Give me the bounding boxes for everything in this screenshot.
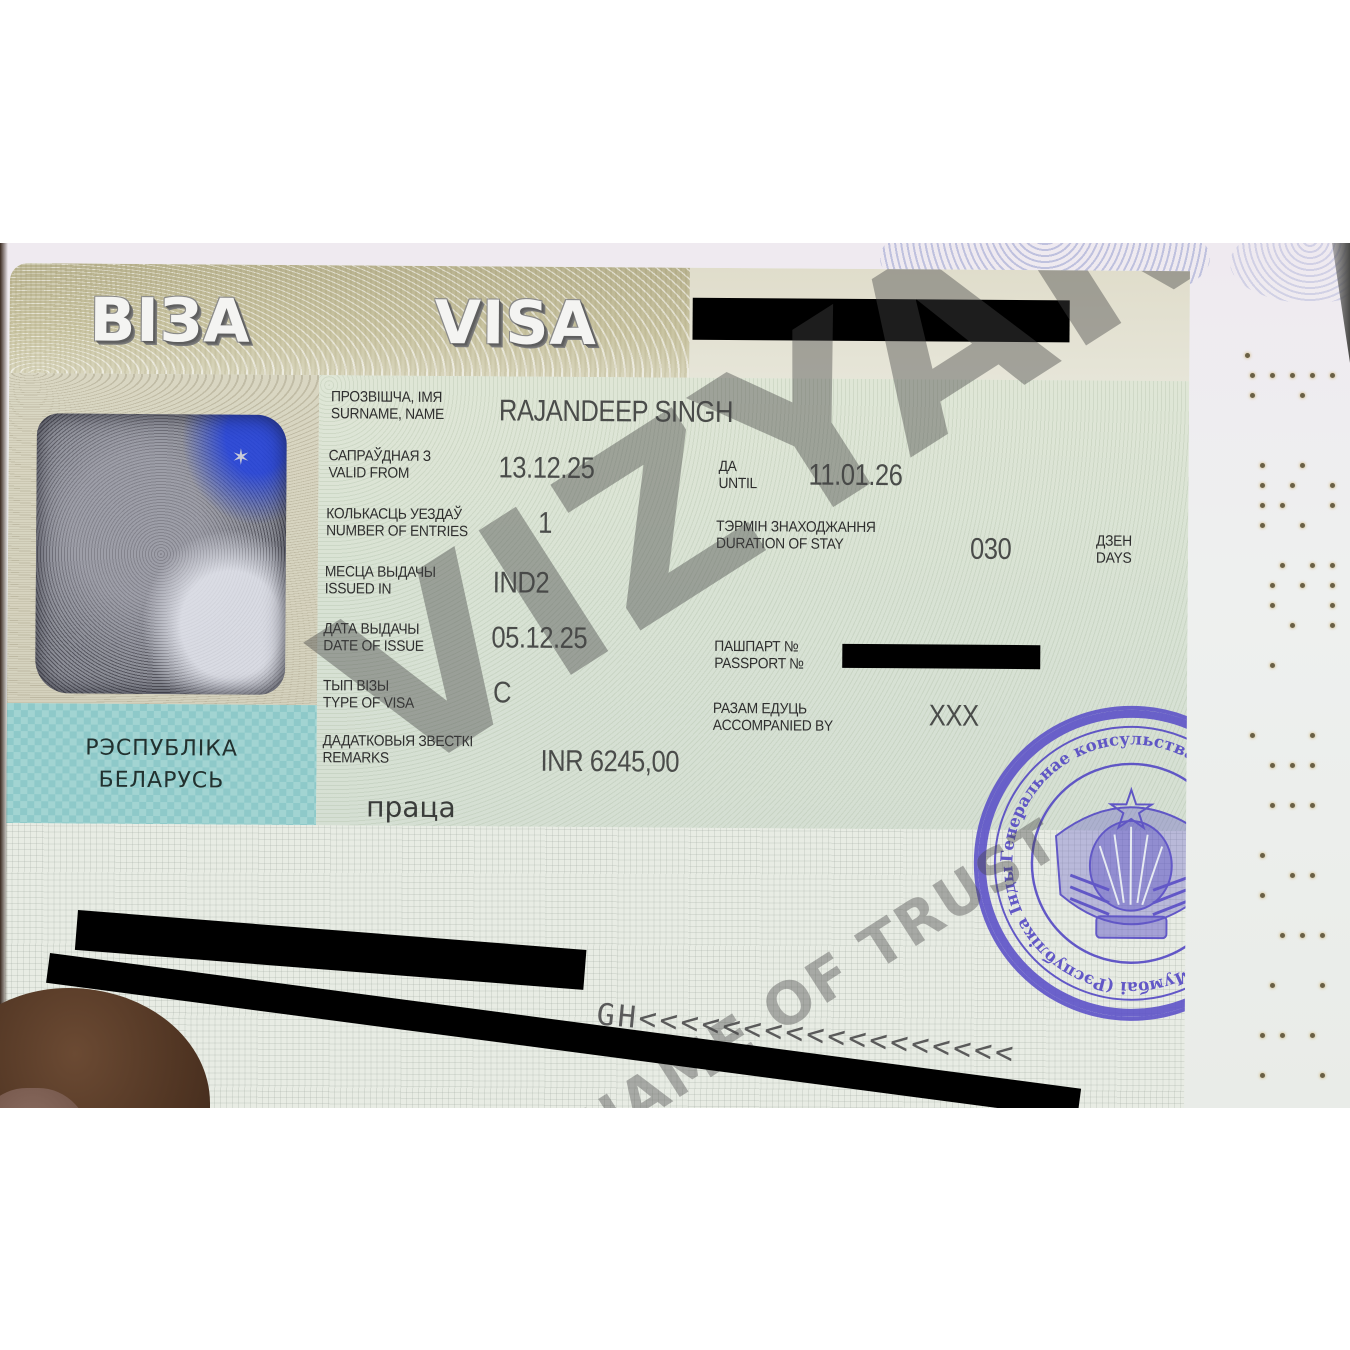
perforation-dot <box>1300 393 1305 398</box>
accompanied-label: РАЗАМ ЕДУЦЬ ACCOMPANIED BY <box>713 700 833 735</box>
perforation-dot <box>1260 523 1265 528</box>
perforation-dot <box>1330 563 1335 568</box>
perforation-dot <box>1310 1033 1315 1038</box>
perforation-dot <box>1260 1033 1265 1038</box>
accompanied-label-en: ACCOMPANIED BY <box>713 717 833 735</box>
name-label-by: ПРОЗВІШЧА, ІМЯ <box>331 388 444 406</box>
perforation-dot <box>1260 483 1265 488</box>
perforation-dot <box>1270 603 1275 608</box>
perforation-dot <box>1290 623 1295 628</box>
perforation-dot <box>1290 373 1295 378</box>
passport-label-en: PASSPORT № <box>714 655 804 673</box>
visa-photo: BIЗA VISA ✶ РЭСПУБЛІКА БЕЛАРУСЬ ПРОЗВІШЧ… <box>0 243 1350 1108</box>
perforation-dot <box>1270 983 1275 988</box>
duration-unit: ДЗЕН DAYS <box>1096 533 1132 567</box>
perforation-dot <box>1320 1073 1325 1078</box>
remarks-fee-value: INR 6245,00 <box>540 745 679 780</box>
perforation-dot <box>1280 503 1285 508</box>
perforation-dot <box>1250 733 1255 738</box>
perforation-dot <box>1330 583 1335 588</box>
accompanied-value: XXX <box>929 699 979 733</box>
accompanied-label-by: РАЗАМ ЕДУЦЬ <box>713 700 833 718</box>
perforation-dot <box>1330 503 1335 508</box>
perforation-dot <box>1260 853 1265 858</box>
valid-from-label: САПРАЎДНАЯ З VALID FROM <box>328 447 430 482</box>
perforation-dot <box>1310 373 1315 378</box>
perforation-dot <box>1270 663 1275 668</box>
star-icon: ✶ <box>232 445 251 471</box>
perforation-dot <box>1300 583 1305 588</box>
perforation-dot <box>1270 583 1275 588</box>
perforation-dot <box>1250 393 1255 398</box>
perforation-dot <box>1320 983 1325 988</box>
perforation-dot <box>1290 803 1295 808</box>
perforation-dot <box>1320 933 1325 938</box>
perforation-dot <box>1310 873 1315 878</box>
header-band: BIЗA VISA <box>9 263 690 378</box>
redacted-passport-number <box>842 644 1040 669</box>
perforation-dot <box>1300 933 1305 938</box>
perforation-dot <box>1300 523 1305 528</box>
perforation-dot <box>1260 1073 1265 1078</box>
perforation-dot <box>1300 463 1305 468</box>
page-shadow <box>0 243 8 1108</box>
perforation-dot <box>1260 463 1265 468</box>
guilloche-rosette-small <box>1230 243 1350 303</box>
perforation-dot <box>1280 933 1285 938</box>
perforation-dot <box>1310 563 1315 568</box>
perforation-dot <box>1310 763 1315 768</box>
name-label-en: SURNAME, NAME <box>331 405 444 423</box>
name-label: ПРОЗВІШЧА, ІМЯ SURNAME, NAME <box>331 388 444 423</box>
perforation-dot <box>1250 373 1255 378</box>
perforation-dot <box>1270 763 1275 768</box>
title-visa-belarusian: BIЗA <box>89 286 251 357</box>
valid-from-label-by: САПРАЎДНАЯ З <box>329 447 431 465</box>
duration-value: 030 <box>970 533 1012 567</box>
perforation-dot <box>1290 483 1295 488</box>
perforation-dot <box>1260 503 1265 508</box>
perforation-dot <box>1330 603 1335 608</box>
photo-panel: ✶ <box>7 373 319 705</box>
perforation-dot <box>1310 803 1315 808</box>
thumbnail-nail <box>0 1088 90 1108</box>
perforation-dot <box>1290 873 1295 878</box>
valid-from-label-en: VALID FROM <box>328 464 430 482</box>
perforation-dot <box>1330 623 1335 628</box>
title-visa-english: VISA <box>434 288 597 359</box>
country-box: РЭСПУБЛІКА БЕЛАРУСЬ <box>6 703 317 825</box>
hologram-photo: ✶ <box>35 413 287 695</box>
country-name-line1: РЭСПУБЛІКА <box>7 735 317 762</box>
perforation-dot <box>1310 733 1315 738</box>
country-name-line2: БЕЛАРУСЬ <box>6 767 316 794</box>
perforation-dot <box>1330 483 1335 488</box>
perforation-dot <box>1280 1033 1285 1038</box>
duration-unit-by: ДЗЕН <box>1096 533 1132 550</box>
perforation-dot <box>1330 373 1335 378</box>
perforation-dot <box>1270 373 1275 378</box>
perforation-dot <box>1270 803 1275 808</box>
perforation-dot <box>1290 763 1295 768</box>
perforation-dot <box>1280 563 1285 568</box>
perforation-dot <box>1260 893 1265 898</box>
passport-label: ПАШПАРТ № PASSPORT № <box>714 638 804 673</box>
passport-perforation <box>1240 333 1350 1093</box>
perforation-dot <box>1245 353 1250 358</box>
duration-unit-en: DAYS <box>1096 550 1132 567</box>
